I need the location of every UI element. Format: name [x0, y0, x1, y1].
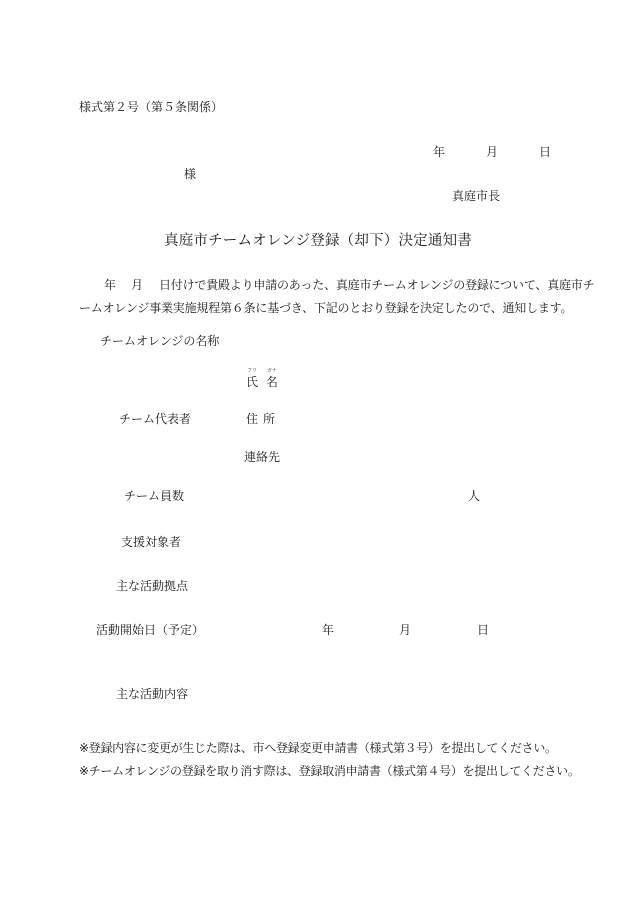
address-label: 住所	[246, 413, 275, 425]
start-date-month: 月	[399, 624, 411, 636]
member-count-label: チーム員数	[124, 490, 184, 502]
paragraph-line-2: ームオレンジ事業実施規程第６条に基づき、下記のとおり登録を決定したので、通知しま…	[79, 302, 572, 314]
note-cancel: ※チームオレンジの登録を取り消す際は、登録取消申請書（様式第４号）を提出してくだ…	[79, 765, 580, 777]
issuer: 真庭市長	[452, 190, 500, 202]
support-target-label: 支援対象者	[121, 536, 181, 548]
form-number: 様式第２号（第５条関係）	[79, 101, 223, 113]
paragraph-line-1: 日付けで貴殿より申請のあった、真庭市チームオレンジの登録について、真庭市チ	[159, 279, 594, 291]
contact-label: 連絡先	[244, 451, 280, 463]
note-change: ※登録内容に変更が生じた際は、市へ登録変更申請書（様式第３号）を提出してください…	[79, 742, 557, 754]
name-label-char-2: ガナ 名	[266, 376, 278, 388]
furigana-1: フリ	[247, 369, 257, 374]
furigana-2: ガナ	[267, 369, 277, 374]
paragraph-month: 月	[131, 279, 143, 291]
date-month: 月	[486, 146, 498, 158]
date-day: 日	[539, 146, 551, 158]
representative-label: チーム代表者	[119, 413, 191, 425]
addressee-suffix: 様	[184, 168, 196, 180]
paragraph-year: 年	[104, 279, 116, 291]
document-title: 真庭市チームオレンジ登録（却下）決定通知書	[164, 234, 472, 249]
start-date-day: 日	[477, 624, 489, 636]
date-year: 年	[433, 146, 445, 158]
main-base-label: 主な活動拠点	[116, 580, 188, 592]
name-label-char-1: フリ 氏	[246, 376, 258, 388]
activity-content-label: 主な活動内容	[116, 688, 188, 700]
start-date-year: 年	[322, 624, 334, 636]
name-label: フリ 氏 ガナ 名	[246, 376, 278, 388]
team-name-label: チームオレンジの名称	[100, 335, 219, 347]
start-date-label: 活動開始日（予定）	[96, 624, 204, 636]
member-count-unit: 人	[468, 490, 480, 502]
